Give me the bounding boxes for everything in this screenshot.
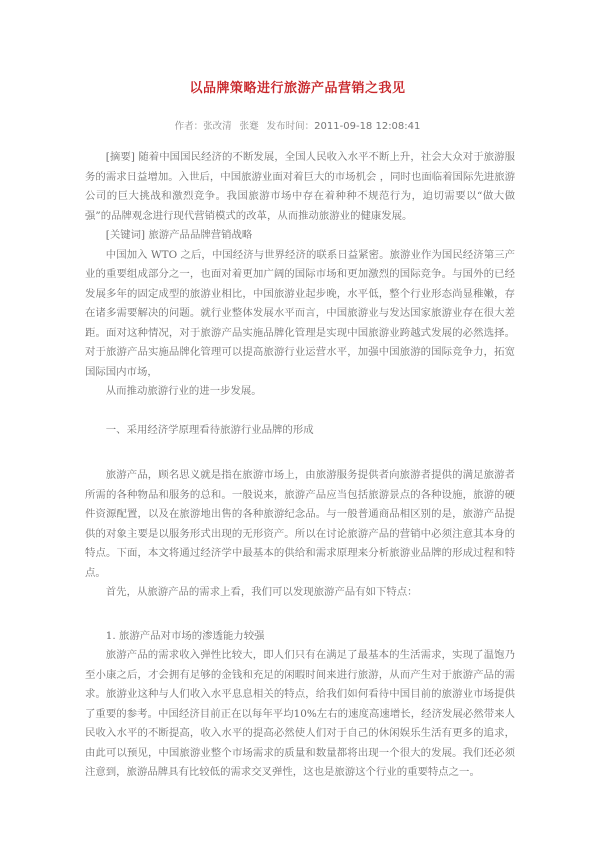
keywords-paragraph: [关键词] 旅游产品品牌营销战略 bbox=[85, 226, 515, 246]
author-name: 张蹇 bbox=[240, 121, 259, 132]
abstract-paragraph: [摘要] 随着中国国民经济的不断发展，全国人民收入水平不断上升，社会大众对于旅游… bbox=[85, 148, 515, 226]
intro-tail: 从而推动旅游行业的进一步发展。 bbox=[85, 382, 515, 402]
author-name: 张改清 bbox=[203, 121, 232, 132]
spacer bbox=[85, 440, 515, 466]
spacer bbox=[85, 603, 515, 627]
subsection-heading: 1. 旅游产品对市场的渗透能力较强 bbox=[85, 627, 515, 647]
section-lead: 首先，从旅游产品的需求上看，我们可以发现旅游产品有如下特点： bbox=[85, 583, 515, 603]
intro-paragraph: 中国加入 WTO 之后，中国经济与世界经济的联系日益紧密。旅游业作为国民经济第三… bbox=[85, 246, 515, 383]
document-page: 以品牌策略进行旅游产品营销之我见 作者：张改清张蹇发布时间：2011-09-18… bbox=[0, 0, 595, 842]
article-title: 以品牌策略进行旅游产品营销之我见 bbox=[0, 77, 595, 96]
author-label: 作者： bbox=[175, 121, 204, 132]
subsection-paragraph: 旅游产品的需求收入弹性比较大，即人们只有在满足了最基本的生活需求，实现了温饱乃至… bbox=[85, 646, 515, 783]
spacer bbox=[85, 402, 515, 421]
section-paragraph: 旅游产品，顾名思义就是指在旅游市场上，由旅游服务提供者向旅游者提供的满足旅游者所… bbox=[85, 466, 515, 583]
date-label: 发布时间： bbox=[267, 121, 315, 132]
publish-date: 2011-09-18 12:08:41 bbox=[314, 121, 420, 132]
article-body: [摘要] 随着中国国民经济的不断发展，全国人民收入水平不断上升，社会大众对于旅游… bbox=[85, 148, 515, 783]
section-heading: 一、采用经济学原理看待旅游行业品牌的形成 bbox=[85, 421, 515, 441]
byline: 作者：张改清张蹇发布时间：2011-09-18 12:08:41 bbox=[0, 118, 595, 132]
